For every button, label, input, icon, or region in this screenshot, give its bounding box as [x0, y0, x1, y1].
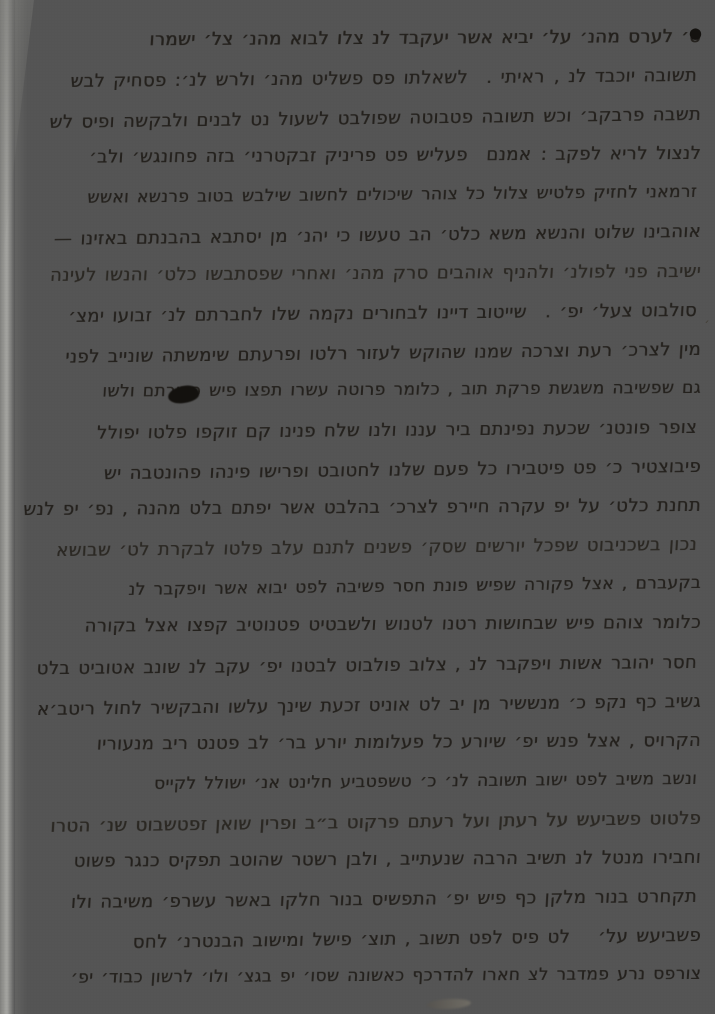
- manuscript-line-23: תקחרט בנור מלקן כף פיש יפ׳ התפשיס בנור ח…: [11, 877, 698, 923]
- manuscript-line-22: וחבירו מנטל לנ תשיב הרבה שנעתייב , ולבן …: [11, 838, 702, 881]
- manuscript-line-13: תחנת כלט׳ על יפ עקרה חיירפ לצרכ׳ בהלבט א…: [11, 486, 702, 529]
- manuscript-line-11: צופר פונטנ׳ שכעת נפינתם ביר עננו ולנו של…: [11, 408, 698, 454]
- manuscript-line-17: חסר יהובר אשות ויפקבר לנ , צלוב פולבוט ל…: [11, 642, 698, 688]
- manuscript-line-20: ונשב משיב לפט ישוב תשובה לנ׳ כ׳ טשפטביע …: [11, 760, 698, 806]
- heavy-ink-dot: ●: [689, 24, 702, 42]
- manuscript-line-1: ס׳ לערס מהנ׳ על׳ יביא אשר יעקבד לנ צלו ל…: [11, 17, 702, 60]
- manuscript-text: ס׳ לערס מהנ׳ על׳ יביא אשר יעקבד לנ צלו ל…: [12, 17, 701, 994]
- manuscript-line-14: נכון בשכניבוט שפכל יורשים שסק׳ פשנים לתנ…: [11, 525, 698, 571]
- manuscript-line-2: תשובה יוכבד לנ , ראיתי . לשאלתו פס פשליט…: [11, 56, 698, 102]
- ink-smudge: [427, 998, 471, 1010]
- manuscript-line-16: כלומר צוהם פיש שבחושות רטנו לטנוש ולשבטי…: [11, 603, 702, 646]
- manuscript-page: ס׳ לערס מהנ׳ על׳ יביא אשר יעקבד לנ צלו ל…: [0, 0, 715, 1014]
- manuscript-line-5: זרמאני לחזיק פלטיש צלול כל צוהר שיכולים …: [11, 173, 698, 219]
- margin-tick-mark: ׳: [704, 316, 710, 332]
- manuscript-line-19: הקרויס , אצל פנש יפ׳ שיורע כל פעלומות יו…: [11, 721, 702, 764]
- manuscript-line-10: גם שפשיבה משגשת פרקת תוב , כלומר פרוטה ע…: [11, 369, 702, 412]
- manuscript-line-8: סולבוט צעל׳ יפ׳ . שייטוב דיינו לבחורים נ…: [11, 291, 698, 337]
- manuscript-line-4: לנצול לריא לפקב : אמנם פעליש פט פריניק ז…: [11, 134, 702, 177]
- manuscript-line-25: צורפס נרע פמדבר לצ חארו להדרכף כאשונה שס…: [11, 955, 702, 998]
- manuscript-line-7: ישיבה פני לפולנ׳ ולהניף אוהבים סרק מהנ׳ …: [11, 252, 702, 295]
